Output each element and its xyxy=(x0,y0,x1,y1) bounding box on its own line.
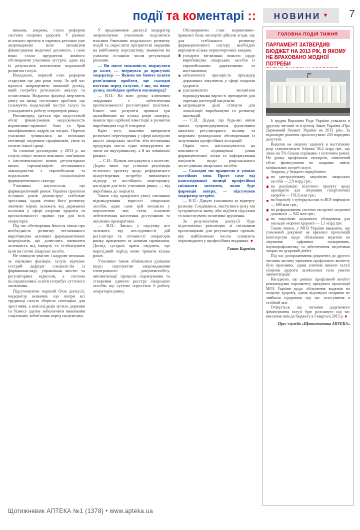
article-column-2: У продовження дискусії модератор запропо… xyxy=(93,28,170,502)
paragraph: — С.В.: Додам, що будь-які зміни мають с… xyxy=(178,118,255,143)
bullet-item: запровадити дієві стимули для локалізаці… xyxy=(178,103,255,118)
paragraph: Окрім того, наголошувалося на важливості… xyxy=(178,143,255,168)
newspaper-page: події та коментарі :: НОВИНИ ▼ 7 никами,… xyxy=(0,0,360,530)
parliament-building-illustration xyxy=(266,70,350,116)
footer-line: Щотижневик АПТЕКА №1 (1378) • www.apteka… xyxy=(8,509,153,515)
paragraph-end: За результатами дискусії буде підготовле… xyxy=(178,219,255,245)
bullet-item: на централізовану закупівлю лікарських з… xyxy=(266,175,350,184)
paragraph: Нагадаємо, що раніше профільний комітет … xyxy=(266,277,350,305)
quote-paragraph: — Сьогодні ми працюємо в умовах постійни… xyxy=(178,168,255,198)
bullet-item: на боротьбу з туберкульозом та ВІЛ-інфек… xyxy=(266,198,350,207)
paragraph: никами, зокрема, стали реформи системи о… xyxy=(8,28,85,73)
paragraph: Під час обговорення йшлося також про нео… xyxy=(8,224,85,254)
bullet-item: на реформування системи екстреної медичн… xyxy=(266,208,350,217)
news-article-box: ГОЛОВНА ПОДІЯ ТИЖНЯ ПАРЛАМЕНТ ЗАТВЕРДИВБ… xyxy=(262,26,354,506)
section-title-part-blue: події xyxy=(133,9,166,23)
paragraph: Підсумовуючи перший блок дискусії, модер… xyxy=(8,289,85,319)
paragraph: Учасники також обмінялися думками щодо п… xyxy=(93,259,170,294)
news-body-wrap: 6 грудня Верховна Рада України ухвалила … xyxy=(266,119,350,504)
bullet-item: на реалізацію пілотного проекту щодо пре… xyxy=(266,184,350,198)
section-title: події та коментарі :: xyxy=(133,9,256,23)
news-headline-wrap: ПАРЛАМЕНТ ЗАТВЕРДИВБЮДЖЕТ НА 2013 РІК, В… xyxy=(266,42,350,68)
article-column-1: никами, зокрема, стали реформи системи о… xyxy=(8,28,85,502)
news-section-tab: НОВИНИ ▼ xyxy=(263,8,339,23)
paragraph: Учасники наголосили, що фармацевтичний р… xyxy=(8,183,85,223)
paragraph: 6 грудня Верховна Рада України ухвалила … xyxy=(266,119,350,142)
section-title-part-blue2: ментарі xyxy=(196,9,244,23)
paragraph-end: Очікується, що питання додаткового фінан… xyxy=(266,305,350,319)
paragraph: Крім того, важливо завершити розпочаті п… xyxy=(93,128,170,158)
paragraph: Також слід приділити увагу питанням відш… xyxy=(93,194,170,224)
bullet-item: узгодити вітчизняні вимоги щодо виробниц… xyxy=(178,53,255,73)
bullet-item: забезпечити прозорість процедур державни… xyxy=(178,73,255,88)
press-signature: Прес-служба «Щотижневика АПТЕКА» xyxy=(266,322,350,327)
paragraph: У продовження дискусії модератор запропо… xyxy=(93,28,170,63)
article-column-2-text: У продовження дискусії модератор запропо… xyxy=(93,28,170,294)
section-title-colon: :: xyxy=(244,9,256,23)
news-tab-label: НОВИНИ xyxy=(274,11,321,21)
paragraph: — В.П.: На мою думку, ключовим завданням… xyxy=(93,93,170,128)
paragraph: Нагадаємо, перший етап реформи стартував… xyxy=(8,73,85,113)
page-number: 7 xyxy=(341,8,355,20)
section-title-part-red: та ко xyxy=(166,9,196,23)
bullet-item: на закупівлю медичного обладнання для за… xyxy=(266,217,350,226)
news-label: ГОЛОВНА ПОДІЯ ТИЖНЯ xyxy=(266,30,350,39)
triangle-down-icon: ▼ xyxy=(323,13,328,19)
article-column-3-text: Обговорюючи стан нормативно-правової баз… xyxy=(178,28,255,252)
headline-line: НЕ ВРАХОВАНО ЖОДНОЇ ПОТРЕБИ xyxy=(266,55,350,68)
paragraph: Насамперед ідеться про недостатній обсяг… xyxy=(8,113,85,148)
paragraph: Обговорюючи стан нормативно-правової баз… xyxy=(178,28,255,53)
news-body-text: 6 грудня Верховна Рада України ухвалила … xyxy=(266,119,350,327)
article-column-3: Обговорюючи стан нормативно-правової баз… xyxy=(178,28,255,502)
paragraph: За словами доповідачів, у 2013 р. на гал… xyxy=(8,148,85,183)
paragraph: Видатки на охорону здоров'я в наступному… xyxy=(266,142,350,170)
byline: Ганна Барміна xyxy=(178,247,255,252)
parliament-building-photo xyxy=(266,70,350,116)
bullet-item: удосконалити механізми відшкодування вар… xyxy=(178,88,255,103)
paragraph: Не оминули увагою і кадрове питання: за … xyxy=(8,254,85,289)
news-label-band: ГОЛОВНА ПОДІЯ ТИЖНЯ xyxy=(266,30,350,39)
paragraph: — В.П.: Дякую учасникам за відверту розм… xyxy=(178,199,255,219)
headline-line: ГАЛУЗІ ОХОРОНИ ЗДОРОВ'Я xyxy=(266,67,350,68)
paragraph: — С.В.: Цілком погоджуюся з колегою. Дод… xyxy=(93,158,170,193)
quote-paragraph: — Ви маєте можливість звернутися до коле… xyxy=(93,63,170,93)
paragraph: Під час доопрацювання документа до друго… xyxy=(266,254,350,277)
paragraph: — В.П.: Звісно, у підсумку все залежить … xyxy=(93,224,170,259)
article-column-1-text: никами, зокрема, стали реформи системи о… xyxy=(8,28,85,319)
news-headline: ПАРЛАМЕНТ ЗАТВЕРДИВБЮДЖЕТ НА 2013 РІК, В… xyxy=(266,42,350,68)
paragraph: Таким чином, у МОЗ України вважають, що … xyxy=(266,226,350,254)
